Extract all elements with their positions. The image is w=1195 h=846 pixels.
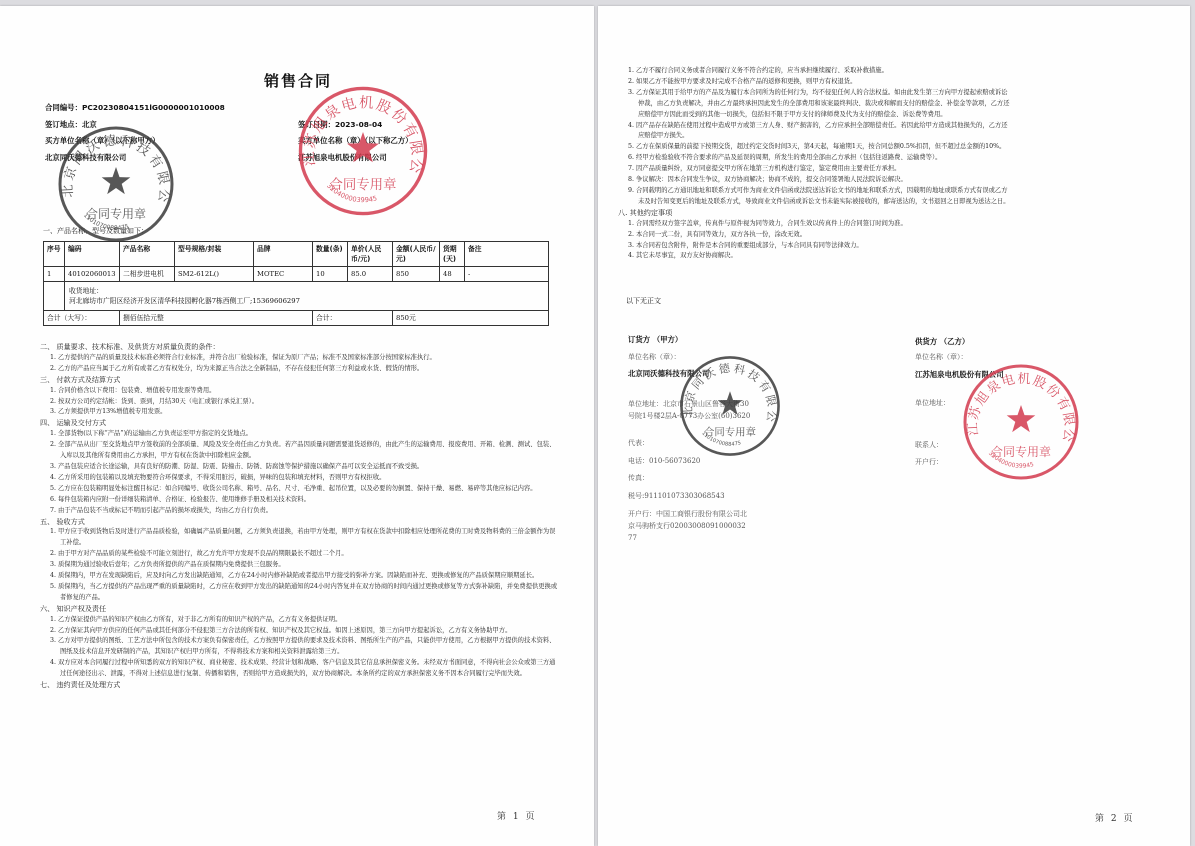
- clause-item: 2. 如果乙方不能按甲方要求及时完成不合格产品的返修和更换，则甲方有权退货。: [618, 77, 1013, 88]
- clause-item: 5. 质保期内，当乙方提供的产品出现严重的质量缺陷时，乙方应在收到甲方发出的缺陷…: [40, 582, 560, 604]
- document-title: 销售合同: [264, 70, 332, 91]
- clause-item: 4. 乙方所采用的包装箱以及填充物要符合环保要求，不得采用脏污，破损，异味的包装…: [40, 473, 560, 484]
- address-row: 收货地址： 河北廊坊市广阳区经济开发区清华科技园孵化器7栋西侧工厂;153696…: [44, 282, 549, 311]
- buyer-tax-id: 税号:911101073303068543: [628, 491, 725, 503]
- clause-item: 5. 乙方应在包装箱明显处标注醒目标记：如合同编号、收货公司名称、箱号、品名、尺…: [40, 484, 560, 495]
- clause-item: 7. 因产品质量纠纷，双方同意提交甲方所在地第三方机构进行鉴定，鉴定费用由主要责…: [618, 164, 1013, 175]
- page-number-1: 第 1 页: [497, 809, 536, 822]
- clause-item: 1. 乙方提供的产品的质量及技术标准必须符合行业标准，并符合出厂检验标准，保证为…: [40, 353, 560, 364]
- clause-item: 2. 乙方保证其向甲方供应的任何产品或其任何部分不侵犯第三方合法的所有权、知识产…: [40, 626, 560, 637]
- clause-item: 1. 乙方保证提供产品的知识产权由乙方所有，对于非乙方所有的知识产权的产品，乙方…: [40, 615, 560, 626]
- svg-text:合同专用章: 合同专用章: [704, 425, 756, 438]
- section-1-heading: 一、产品名称、型号及数量如下：: [43, 226, 148, 238]
- buyer-company-name: 北京同沃德科技有限公司: [628, 368, 709, 379]
- clause-item: 6. 经甲方检验验收不符合要求的产品及延误的周期，所发生的费用全部由乙方承担（包…: [618, 153, 1013, 164]
- seller-seal-stamp: 江苏旭泉电机股份有限公司合同专用章3204000039945: [296, 84, 430, 218]
- seller-label: 卖方单位名称（章）（以下称乙方）: [298, 135, 413, 146]
- buyer-bank: 开户行：中国工商银行股份有限公司北京马驹桥支行02003008091000032…: [628, 508, 748, 544]
- clause-item: 7. 由于产品包装不当或标记不明而引起产品的损坏或损失，均由乙方自行负责。: [40, 506, 560, 517]
- total-upper-value: 捌佰伍拾元整: [120, 311, 313, 326]
- sign-place: 签订地点：北京: [45, 119, 97, 130]
- clause-item: 5. 乙方在保质保量的前提下按期交货，超过约定交货时间3天，第4天起，每逾期1天…: [618, 142, 1013, 153]
- table-row: 1 40102060013 二相步进电机 SM2-612L() MOTEC 10…: [44, 267, 549, 282]
- svg-text:合同专用章: 合同专用章: [86, 206, 146, 221]
- seller-name: 江苏旭泉电机股份有限公司: [298, 152, 387, 163]
- end-note: 以下无正文: [626, 296, 661, 308]
- clause-item: 4. 双方应对本合同履行过程中所知悉的双方的知识产权、商业秘密、技术成果、经营计…: [40, 658, 560, 680]
- clause-item: 2. 全部产品从出厂至交货地点甲方签收前的全部质量、风险及安全责任由乙方负责。若…: [40, 440, 560, 462]
- clause-item: 6. 每件包装箱内应附一份详细装箱清单、合格证、检验报告、使用维修手册及相关技术…: [40, 495, 560, 506]
- product-table: 序号 编码 产品名称 型号规格/封装 品牌 数量(条) 单价(人民币/元) 金额…: [43, 241, 549, 326]
- section-heading: 四、 运输及交付方式: [40, 418, 560, 429]
- clause-item: 3. 乙方保证其用于给甲方的产品及为履行本合同所为的任何行为，均不侵犯任何人的合…: [618, 88, 1013, 121]
- clause-item: 4. 其它未尽事宜，双方友好协商解决。: [618, 251, 1013, 262]
- clause-item: 2. 乙方的产品应当属于乙方所有或者乙方有权处分，均为来源正当合法之全新制品，不…: [40, 364, 560, 375]
- clause-item: 1. 合同需经双方签字盖章，传真件与原件视为同等效力，合同生效以传真件上的合同签…: [618, 219, 1013, 230]
- section-heading: 五、 验收方式: [40, 517, 560, 528]
- svg-text:3204000039945: 3204000039945: [325, 182, 378, 204]
- contract-page-2: 1. 乙方不履行合同义务或者合同履行义务不符合约定的，应当承担继续履行、采取补救…: [598, 6, 1190, 846]
- clause-item: 1. 甲方应于收到货物后及时进行产品品质检验，如确属产品质量问题，乙方须负责退换…: [40, 527, 560, 549]
- buyer-label: 买方单位名称（章）（以下称甲方）: [45, 135, 160, 146]
- table-header-row: 序号 编码 产品名称 型号规格/封装 品牌 数量(条) 单价(人民币/元) 金额…: [44, 242, 549, 267]
- buyer-name: 北京同沃德科技有限公司: [45, 152, 126, 163]
- total-upper-label: 合计（大写）：: [44, 311, 120, 326]
- seller-company-name: 江苏旭泉电机股份有限公司: [915, 369, 1004, 380]
- clause-item: 1. 乙方不履行合同义务或者合同履行义务不符合约定的，应当承担继续履行、采取补救…: [618, 66, 1013, 77]
- clause-item: 2. 由于甲方对产品品质的某些检验不可能立刻进行，故乙方允许甲方发现不良品的期限…: [40, 549, 560, 560]
- clause-item: 1. 全部货物(以下称“产品”)的运输由乙方负责运至甲方指定的交货地点。: [40, 429, 560, 440]
- total-label: 合计：: [313, 311, 393, 326]
- svg-text:合同专用章: 合同专用章: [330, 176, 397, 193]
- total-value: 850元: [393, 311, 549, 326]
- page-2-clauses: 1. 乙方不履行合同义务或者合同履行义务不符合约定的，应当承担继续履行、采取补救…: [618, 66, 1013, 262]
- svg-text:合同专用章: 合同专用章: [991, 444, 1051, 459]
- seller-seal-stamp-page-2: 江苏旭泉电机股份有限公司合同专用章3204000039945: [961, 362, 1081, 482]
- contract-page-1: 销售合同 合同编号：PC20230804151lG0000001010008 签…: [0, 6, 594, 846]
- svg-text:1101070088475: 1101070088475: [700, 430, 741, 447]
- sign-date: 签订日期：2023-08-04: [298, 119, 382, 130]
- svg-text:3204000039945: 3204000039945: [987, 450, 1035, 470]
- clause-item: 9. 合同载明的乙方通讯地址和联系方式可作为商业文件信函或法院送达诉讼文书的地址…: [618, 186, 1013, 208]
- clause-item: 4. 质保期内，甲方在发现缺陷后，应及时向乙方发出缺陷通知，乙方在24小时内修补…: [40, 571, 560, 582]
- clause-item: 3. 乙方对甲方提供的图纸、工艺方法中所包含的技术方案负有保密责任，乙方按照甲方…: [40, 636, 560, 658]
- buyer-phone: 电话：010-56073620: [628, 456, 700, 468]
- clause-item: 1. 合同价格含以下费用：包装费、增值税专用发票等费用。: [40, 386, 560, 397]
- contract-number: 合同编号：PC20230804151lG0000001010008: [45, 102, 225, 113]
- clause-item: 2. 本合同一式二份，具有同等效力，双方各执一份，涂改无效。: [618, 230, 1013, 241]
- total-row: 合计（大写）： 捌佰伍拾元整 合计： 850元: [44, 311, 549, 326]
- section-heading: 八. 其他约定事项: [618, 208, 1013, 219]
- page-number-2: 第 2 页: [1095, 811, 1134, 824]
- address-label: 收货地址：: [69, 286, 544, 296]
- clause-item: 3. 产品包装应适合长途运输，具有良好的防潮、防湿、防震、防撞击、防锈、防腐蚀等…: [40, 462, 560, 473]
- delivery-address: 河北廊坊市广阳区经济开发区清华科技园孵化器7栋西侧工厂;15369606297: [69, 296, 544, 306]
- clause-item: 3. 乙方须提供甲方13%增值税专用发票。: [40, 407, 560, 418]
- section-heading: 二、 质量要求、技术标准、及供货方对质量负责的条件：: [40, 342, 560, 353]
- page-1-clauses: 二、 质量要求、技术标准、及供货方对质量负责的条件：1. 乙方提供的产品的质量及…: [40, 342, 560, 691]
- section-heading: 三、 付款方式及结算方式: [40, 375, 560, 386]
- section-heading: 六、 知识产权及责任: [40, 604, 560, 615]
- section-heading: 七、 违约责任及处理方式: [40, 680, 560, 691]
- clause-item: 3. 本合同若包含附件，附件是本合同的重要组成部分，与本合同具有同等法律效力。: [618, 241, 1013, 252]
- buyer-address: 单位地址：北京市石景山区鲁谷大街30号院1号楼2层A-0773办公室(60)36…: [628, 398, 753, 422]
- clause-item: 3. 质保期为通过验收后壹年；乙方负责所提供的产品在质保期内免费提供三包服务。: [40, 560, 560, 571]
- clause-item: 8. 争议解决：因本合同发生争议，双方协商解决；协商不成的，提交合同签署地人民法…: [618, 175, 1013, 186]
- clause-item: 4. 因产品存在缺陷在使用过程中造成甲方或第三方人身、财产损害的，乙方应承担全部…: [618, 121, 1013, 143]
- clause-item: 2. 按双方公司约定结帐：货到、票到，月结30天（电汇或银行承兑汇票）。: [40, 397, 560, 408]
